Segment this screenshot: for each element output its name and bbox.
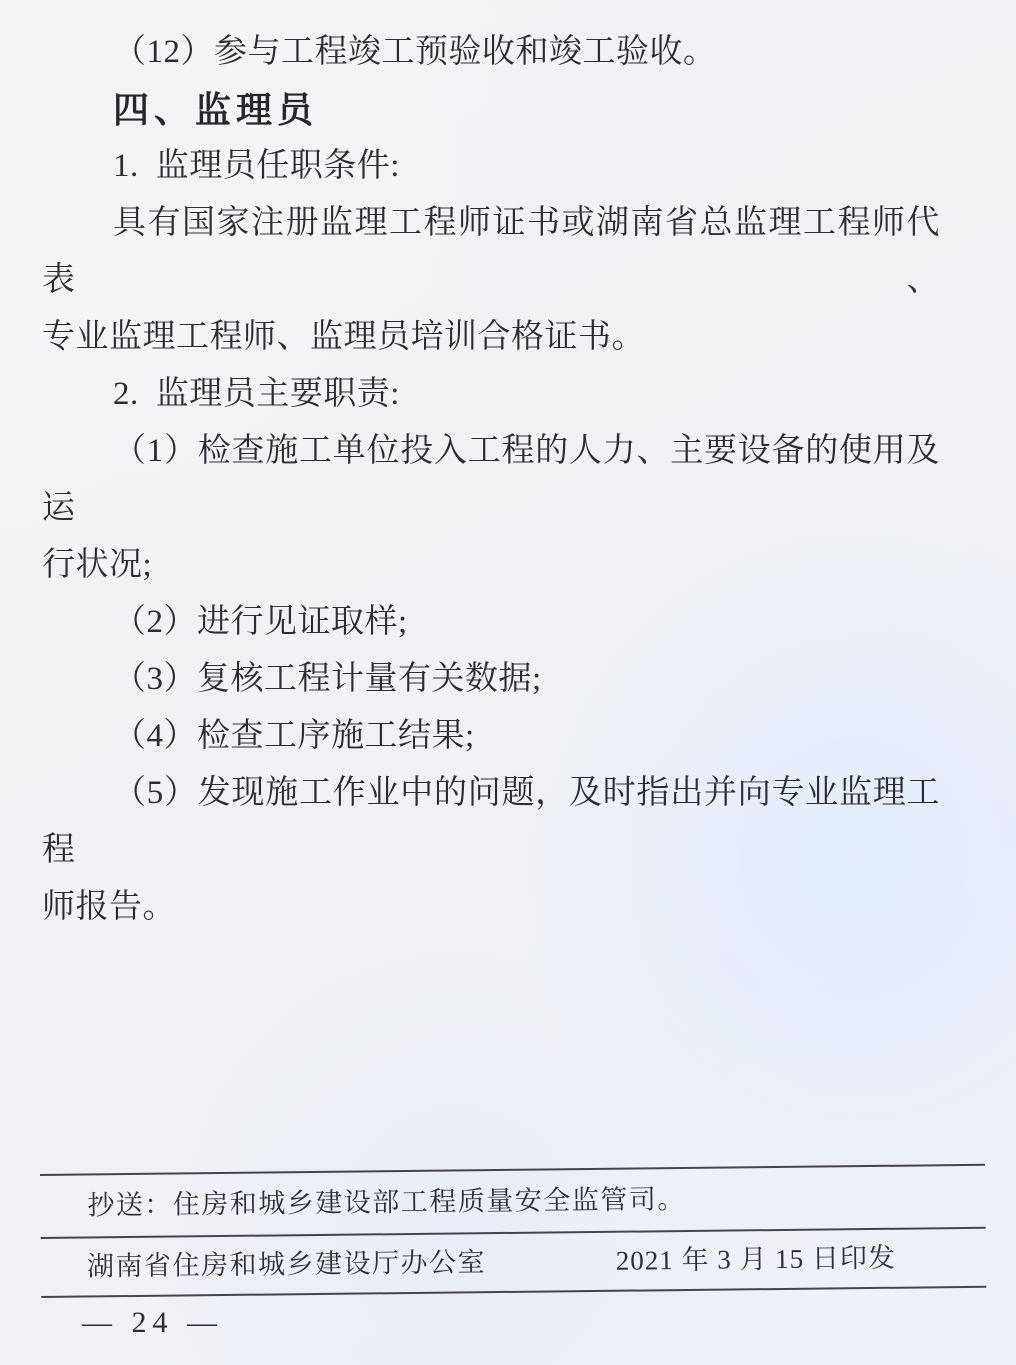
body-line: 具有国家注册监理工程师证书或湖南省总监理工程师代表、 (42, 195, 940, 309)
document-body: （12）参与工程竣工预验收和竣工验收。 四、监理员 1. 监理员任职条件: 具有… (42, 24, 940, 936)
document-page: （12）参与工程竣工预验收和竣工验收。 四、监理员 1. 监理员任职条件: 具有… (0, 0, 1016, 1365)
issuer-name: 湖南省住房和城乡建设厅办公室 (87, 1234, 487, 1295)
cc-text: 抄送：住房和城乡建设部工程质量安全监管司。 (87, 1184, 686, 1220)
issuer-row: 湖南省住房和城乡建设厅办公室 2021 年 3 月 15 日印发 (41, 1229, 987, 1296)
body-line: 师报告。 (42, 879, 940, 936)
section-heading: 四、监理员 (42, 81, 940, 138)
page-number: — 24 — (82, 1306, 223, 1340)
document-footer: 抄送：住房和城乡建设部工程质量安全监管司。 湖南省住房和城乡建设厅办公室 202… (40, 1164, 986, 1298)
cc-row: 抄送：住房和城乡建设部工程质量安全监管司。 (40, 1166, 986, 1237)
body-line: （5）发现施工作业中的问题，及时指出并向专业监理工程 (42, 765, 940, 879)
body-line-12-item: （12）参与工程竣工预验收和竣工验收。 (42, 24, 940, 81)
body-line: （1）检查施工单位投入工程的人力、主要设备的使用及运 (42, 423, 940, 537)
print-date: 2021 年 3 月 15 日印发 (615, 1230, 896, 1290)
subsection-1-title: 1. 监理员任职条件: (42, 138, 940, 195)
body-line: （4）检查工序施工结果; (42, 708, 940, 765)
subsection-2-title: 2. 监理员主要职责: (42, 366, 940, 423)
body-line: （2）进行见证取样; (42, 594, 940, 651)
body-line: 专业监理工程师、监理员培训合格证书。 (42, 309, 940, 366)
body-line: 行状况; (42, 537, 940, 594)
body-line: （3）复核工程计量有关数据; (42, 651, 940, 708)
